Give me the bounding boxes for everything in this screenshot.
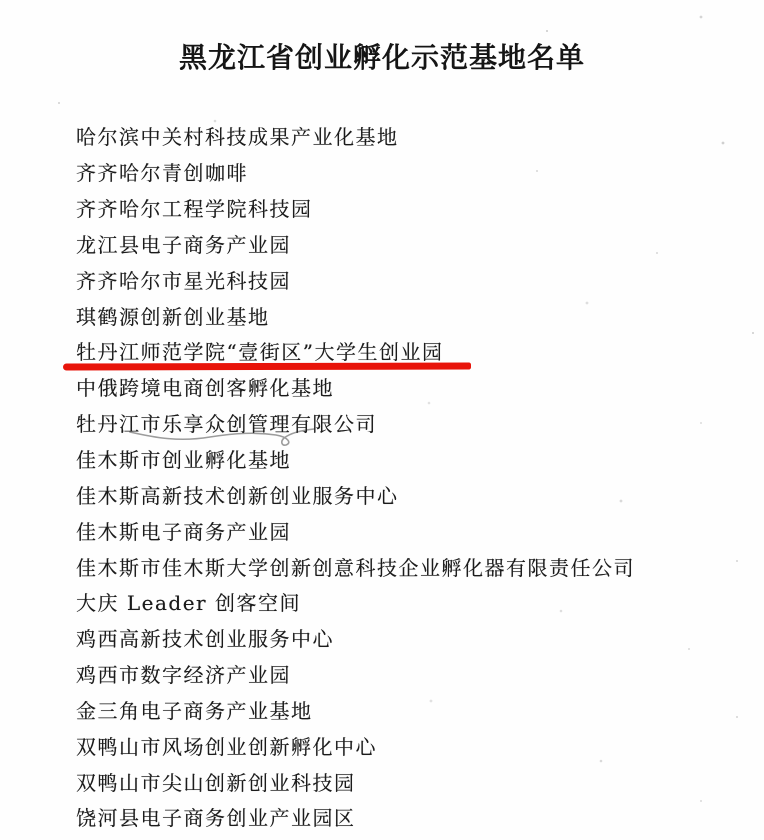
list-item: 哈尔滨中关村科技成果产业化基地	[76, 118, 734, 154]
list-item-text: 金三角电子商务产业基地	[76, 695, 313, 724]
list-item: 佳木斯市佳木斯大学创新创意科技企业孵化器有限责任公司	[76, 548, 734, 584]
list-item: 龙江县电子商务产业园	[76, 226, 734, 262]
list-item-text: 佳木斯高新技术创新创业服务中心	[76, 480, 399, 509]
list-item-text: 牡丹江师范学院“壹街区”大学生创业园	[76, 336, 443, 365]
list-item-text: 中俄跨境电商创客孵化基地	[76, 372, 334, 401]
list-item-text: 佳木斯电子商务产业园	[76, 516, 291, 545]
list-item-text: 饶河县电子商务创业产业园区	[76, 802, 356, 831]
list-item-text: 龙江县电子商务产业园	[76, 229, 291, 258]
scan-noise-speckles	[0, 0, 2, 2]
list-item: 佳木斯高新技术创新创业服务中心	[76, 476, 734, 512]
list-item: 鸡西市数字经济产业园	[76, 656, 734, 692]
list-item: 牡丹江市乐享众创管理有限公司	[76, 405, 734, 441]
list-item: 齐齐哈尔青创咖啡	[76, 154, 734, 190]
list-item-text: 哈尔滨中关村科技成果产业化基地	[76, 121, 399, 150]
list-item: 饶河县电子商务创业产业园区	[76, 799, 734, 835]
list-item-text: 齐齐哈尔工程学院科技园	[76, 193, 313, 222]
list-item: 鸡西高新技术创业服务中心	[76, 620, 734, 656]
list-item: 佳木斯电子商务产业园	[76, 512, 734, 548]
list-item-text: 鸡西高新技术创业服务中心	[76, 623, 334, 652]
list-item: 双鸭山市风场创业创新孵化中心	[76, 727, 734, 763]
scanned-document-page: 黑龙江省创业孵化示范基地名单 哈尔滨中关村科技成果产业化基地 齐齐哈尔青创咖啡 …	[0, 0, 764, 840]
list-item-text: 齐齐哈尔市星光科技园	[76, 265, 291, 294]
list-item: 琪鹤源创新创业基地	[76, 297, 734, 333]
list-item-text: 琪鹤源创新创业基地	[76, 301, 270, 330]
list-item-highlighted: 牡丹江师范学院“壹街区”大学生创业园	[76, 333, 734, 369]
list-item: 金三角电子商务产业基地	[76, 692, 734, 728]
list-item: 齐齐哈尔市星光科技园	[76, 261, 734, 297]
list-item: 中俄跨境电商创客孵化基地	[76, 369, 734, 405]
page-title: 黑龙江省创业孵化示范基地名单	[0, 36, 764, 76]
list-item-text: 齐齐哈尔青创咖啡	[76, 157, 248, 186]
list-item: 大庆 Leader 创客空间	[76, 584, 734, 620]
list-item-text: 牡丹江市乐享众创管理有限公司	[76, 408, 377, 437]
list-item-text: 佳木斯市佳木斯大学创新创意科技企业孵化器有限责任公司	[76, 552, 635, 581]
list-item: 双鸭山市尖山创新创业科技园	[76, 763, 734, 799]
base-name-list: 哈尔滨中关村科技成果产业化基地 齐齐哈尔青创咖啡 齐齐哈尔工程学院科技园 龙江县…	[76, 118, 734, 835]
list-item-text: 鸡西市数字经济产业园	[76, 659, 291, 688]
list-item: 佳木斯市创业孵化基地	[76, 441, 734, 477]
list-item-text: 大庆 Leader 创客空间	[76, 587, 301, 616]
list-item-text: 双鸭山市尖山创新创业科技园	[76, 767, 356, 796]
list-item-text: 佳木斯市创业孵化基地	[76, 444, 291, 473]
list-item-text: 双鸭山市风场创业创新孵化中心	[76, 731, 377, 760]
list-item: 齐齐哈尔工程学院科技园	[76, 190, 734, 226]
